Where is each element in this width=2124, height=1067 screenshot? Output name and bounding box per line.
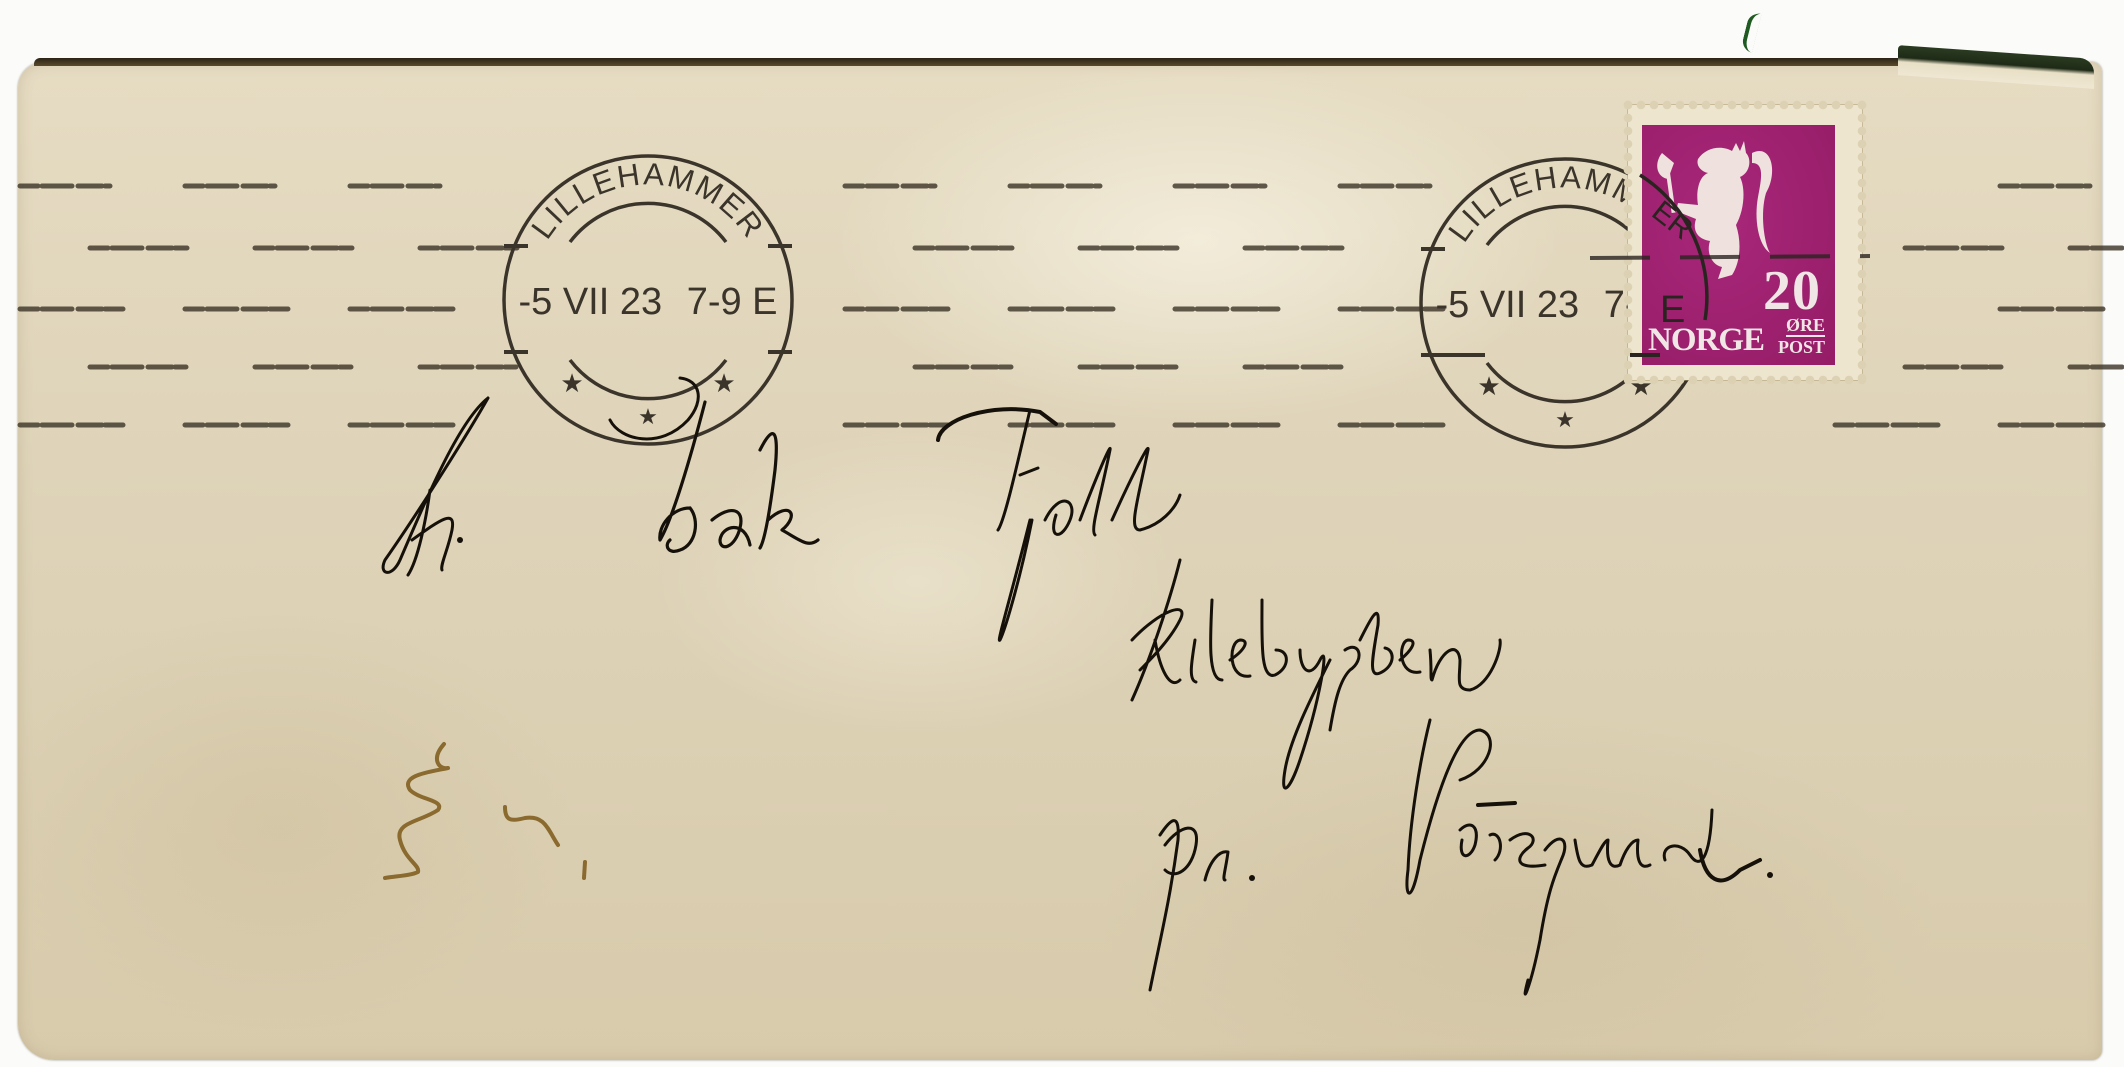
- svg-text:LILLEHAMMER: LILLEHAMMER: [524, 156, 771, 245]
- postage-stamp: 20 NORGE ØRE POST: [1628, 105, 1862, 380]
- star-icon: ★: [712, 368, 735, 398]
- postmark-town: LILLEHAMMER: [524, 156, 771, 245]
- postmark-date: -5 VII 23: [1435, 284, 1579, 326]
- star-icon: ★: [560, 368, 583, 398]
- postmark-time: 7-9 E: [687, 281, 778, 323]
- stamp-label: POST: [1778, 338, 1825, 356]
- star-icon: ★: [1555, 407, 1575, 432]
- handwritten-address: [383, 378, 1773, 994]
- pencil-note: [385, 744, 585, 878]
- svg-text:-5 VII 23 7-9 E: -5 VII 23 7-9 E: [518, 281, 777, 323]
- stamp-design: 20 NORGE ØRE POST: [1642, 125, 1835, 365]
- stamp-currency: ØRE: [1786, 316, 1825, 337]
- star-icon: ★: [638, 404, 658, 429]
- star-icon: ★: [1477, 371, 1500, 401]
- stamp-value: 20: [1763, 263, 1821, 319]
- postmark-date: -5 VII 23: [518, 281, 662, 323]
- postmark-left: LILLEHAMMER -5 VII 23 7-9 E ★ ★ ★: [504, 156, 792, 444]
- stamp-country: NORGE: [1648, 324, 1764, 357]
